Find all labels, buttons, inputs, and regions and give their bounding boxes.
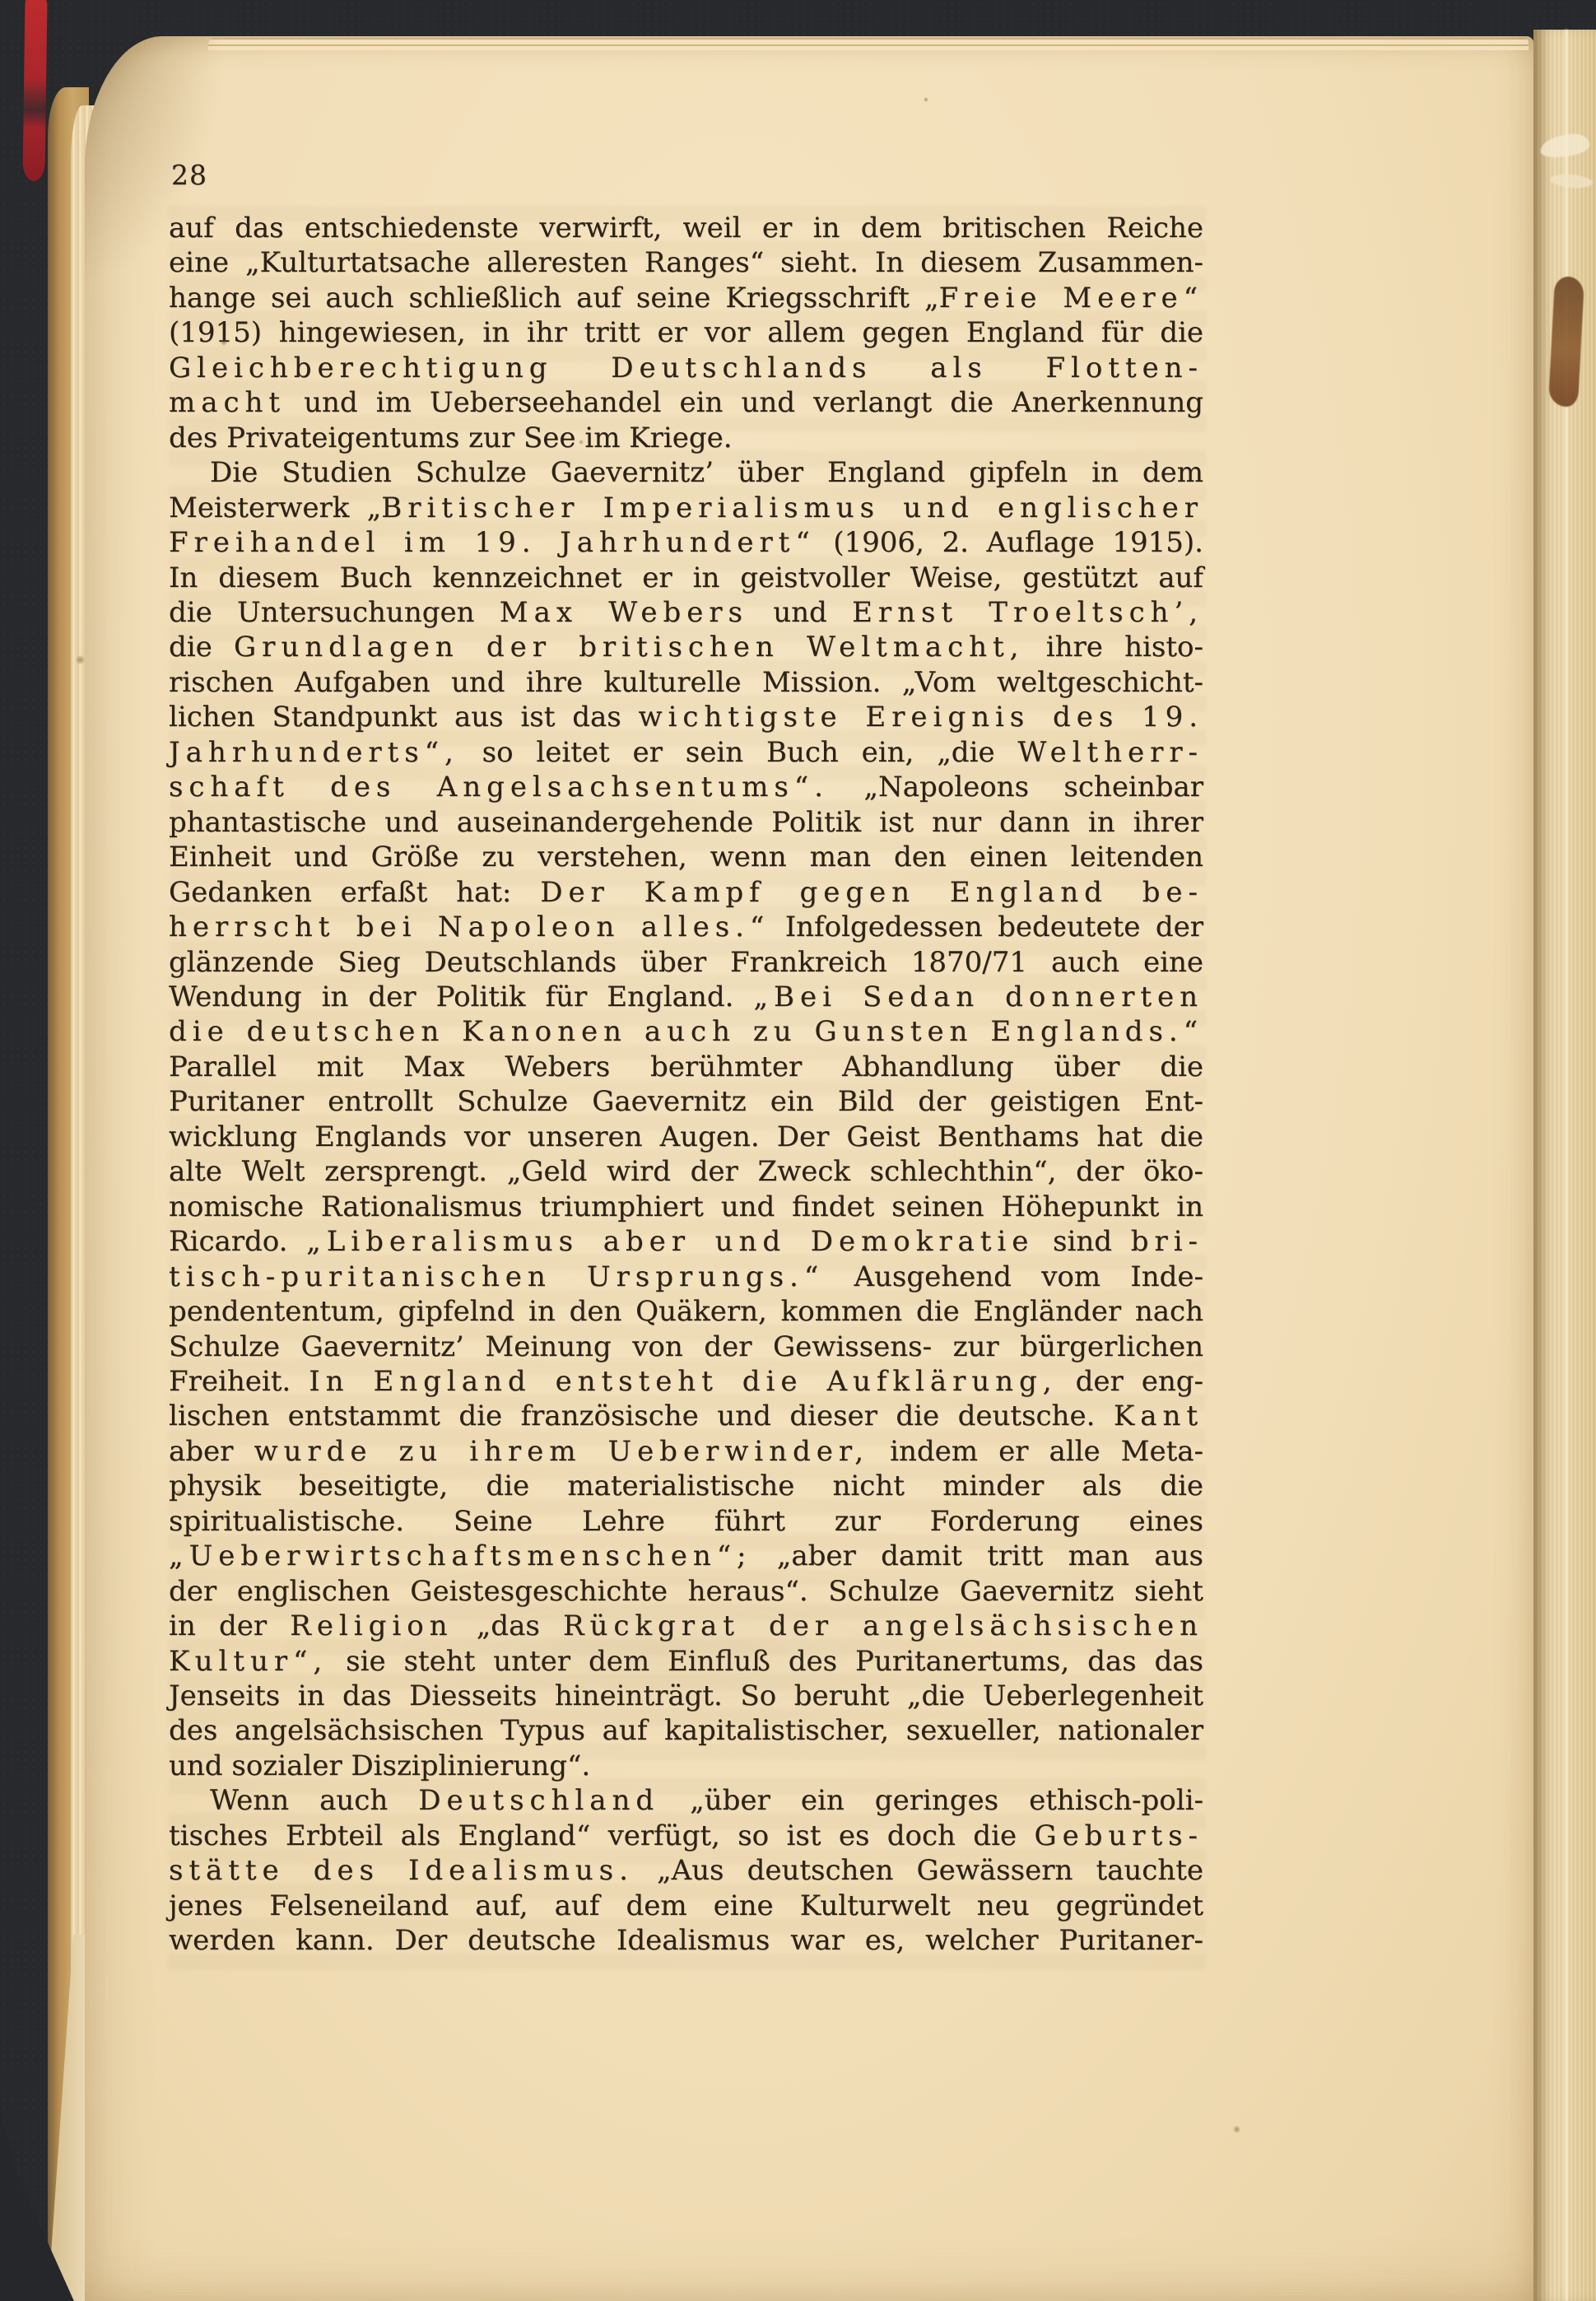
foxing-spot (579, 440, 584, 445)
body-text: die Untersuchungen (169, 596, 500, 629)
body-text: Meisterwerk „ (169, 491, 381, 524)
paper-tear (1538, 132, 1590, 160)
text-line: des angelsächsischen Typus auf kapitalis… (169, 1713, 1203, 1748)
letterspaced-text: wichtigste Ereignis des 19. (639, 701, 1204, 734)
text-line: Parallel mit Max Webers berühmter Abhand… (169, 1050, 1203, 1084)
page-top-edges (208, 38, 1529, 50)
body-text: und sozialer Disziplinierung“. (169, 1749, 590, 1782)
text-line: physik beseitigte, die materialistische … (169, 1469, 1203, 1503)
letterspaced-text: Weltherr- (1017, 736, 1203, 769)
body-text: pendententum, gipfelnd in den Quäkern, k… (169, 1295, 1203, 1328)
paper-tear (1549, 173, 1593, 189)
text-line: Kultur“, sie steht unter dem Einfluß des… (169, 1644, 1203, 1679)
body-text: „aber damit tritt man aus (751, 1539, 1203, 1572)
body-text: jenes Felseneiland auf, auf dem eine Kul… (169, 1889, 1203, 1922)
text-line: in der Religion „das Rückgrat der angels… (169, 1609, 1203, 1643)
letterspaced-text: Der Kampf gegen England be- (540, 876, 1203, 909)
text-line: auf das entschiedenste verwirft, weil er… (169, 211, 1203, 245)
body-text: „das (454, 1609, 563, 1642)
letterspaced-text: herrscht bei Napoleon alles.“ (169, 911, 770, 943)
body-text: Ausgehend vom Inde- (824, 1260, 1203, 1293)
text-line: glänzende Sieg Deutschlands über Frankre… (169, 945, 1203, 980)
letterspaced-text: Max Webers (500, 596, 748, 629)
body-text: hange sei auch schließlich auf seine Kri… (169, 282, 939, 314)
text-line: Freiheit. In England entsteht die Aufklä… (169, 1364, 1203, 1399)
body-text: sie steht unter dem Einfluß des Puritane… (328, 1645, 1203, 1678)
letterspaced-text: Deutschland (418, 1784, 659, 1817)
text-line: des Privateigentums zur See im Kriege. (169, 421, 1203, 455)
letterspaced-text: Rückgrat der angelsächsischen (563, 1609, 1203, 1642)
text-line: Schulze Gaevernitz’ Meinung von der Gewi… (169, 1330, 1203, 1364)
body-text: Parallel mit Max Webers berühmter Abhand… (169, 1050, 1203, 1083)
text-line: Wenn auch Deutschland „über ein geringes… (169, 1783, 1203, 1818)
text-line: die Grundlagen der britischen Weltmacht,… (169, 630, 1203, 664)
letterspaced-text: Freihandel im 19. Jahrhundert“ (169, 526, 816, 559)
body-text: und (748, 596, 852, 629)
page-text: auf das entschiedenste verwirft, weil er… (169, 211, 1203, 1959)
letterspaced-text: Grundlagen der britischen Weltmacht, (234, 631, 1024, 664)
letterspaced-text: Kant (1114, 1400, 1203, 1432)
letterspaced-text: „Bei Sedan donnerten (753, 980, 1203, 1013)
text-line: Meisterwerk „Britischer Imperialismus un… (169, 491, 1203, 525)
text-line: (1915) hingewiesen, in ihr tritt er vor … (169, 315, 1203, 350)
text-line: die Untersuchungen Max Webers und Ernst … (169, 595, 1203, 630)
body-text: Die Studien Schulze Gaevernitz’ über Eng… (210, 456, 1203, 489)
body-text: Jenseits in das Diesseits hineinträgt. S… (169, 1679, 1203, 1712)
foxing-spot (924, 97, 928, 102)
book-scan: 28 auf das entschiedenste verwirft, weil… (0, 0, 1596, 2301)
text-line: spiritualistische. Seine Lehre führt zur… (169, 1504, 1203, 1539)
text-line: alte Welt zersprengt. „Geld wird der Zwe… (169, 1154, 1203, 1189)
body-text: und im Ueberseehandel ein und verlangt d… (286, 386, 1203, 419)
body-text: indem er alle Meta- (869, 1435, 1203, 1468)
letterspaced-text: In England entsteht die Aufklärung, (309, 1365, 1057, 1398)
body-text: des angelsächsischen Typus auf kapitalis… (169, 1714, 1203, 1747)
body-text: spiritualistische. Seine Lehre führt zur… (169, 1505, 1203, 1538)
body-text: des Privateigentums zur See im Kriege. (169, 422, 733, 454)
body-text: Infolgedessen bedeutete der (770, 911, 1203, 943)
text-line: wicklung Englands vor unseren Augen. Der… (169, 1120, 1203, 1154)
text-line: hange sei auch schließlich auf seine Kri… (169, 281, 1203, 315)
text-line: „Ueberwirtschaftsmenschen“; „aber damit … (169, 1539, 1203, 1573)
letterspaced-text: Freie Meere“ (939, 282, 1203, 314)
letterspaced-text: tisch-puritanischen Ursprungs.“ (169, 1260, 824, 1293)
letterspaced-text: Gleichberechtigung Deutschlands als Flot… (169, 352, 1203, 384)
body-text: sind (1034, 1225, 1130, 1258)
body-text: Einheit und Größe zu verstehen, wenn man… (169, 841, 1203, 873)
brown-stain (1548, 276, 1584, 408)
red-pigment-mark (22, 0, 47, 181)
text-line: Jenseits in das Diesseits hineinträgt. S… (169, 1679, 1203, 1713)
foxing-spot (76, 655, 85, 664)
letterspaced-text: wurde zu ihrem Ueberwinder, (254, 1435, 869, 1468)
foxing-spot (1233, 2126, 1240, 2133)
page-number: 28 (171, 159, 207, 191)
body-text: phantastische und auseinandergehende Pol… (169, 806, 1203, 839)
text-line: stätte des Idealismus. „Aus deutschen Ge… (169, 1853, 1203, 1888)
body-text: nomische Rationalismus triumphiert und f… (169, 1190, 1203, 1223)
body-text: „Aus deutschen Gewässern tauchte (634, 1854, 1203, 1887)
body-text: der eng- (1058, 1365, 1203, 1398)
text-line: aber wurde zu ihrem Ueberwinder, indem e… (169, 1434, 1203, 1469)
foxing-spot (221, 339, 227, 346)
body-text: der englischen Geistesgeschichte heraus“… (169, 1575, 1203, 1608)
body-text: aber (169, 1435, 254, 1468)
text-line: pendententum, gipfelnd in den Quäkern, k… (169, 1294, 1203, 1329)
body-text: Wendung in der Politik für England. (169, 980, 753, 1013)
body-text: auf das entschiedenste verwirft, weil er… (169, 212, 1203, 245)
letterspaced-text: stätte des Idealismus. (169, 1854, 634, 1887)
text-line: Freihandel im 19. Jahrhundert“ (1906, 2.… (169, 525, 1203, 560)
body-text: lichen Standpunkt aus ist das (169, 701, 639, 734)
body-text: Freiheit. (169, 1365, 309, 1398)
text-line: und sozialer Disziplinierung“. (169, 1749, 1203, 1783)
body-text: In diesem Buch kennzeichnet er in geistv… (169, 561, 1203, 594)
text-line: herrscht bei Napoleon alles.“ Infolgedes… (169, 910, 1203, 944)
text-line: phantastische und auseinandergehende Pol… (169, 805, 1203, 840)
body-text: eine „Kulturtatsache alleresten Ranges“ … (169, 246, 1203, 279)
body-text: Puritaner entrollt Schulze Gaevernitz ei… (169, 1085, 1203, 1118)
letterspaced-text: schaft des Angelsachsentums“. (169, 771, 829, 803)
letterspaced-text: Britischer Imperialismus und englischer (381, 491, 1203, 524)
body-text: die (169, 631, 234, 664)
body-text: physik beseitigte, die materialistische … (169, 1470, 1203, 1502)
body-text: so leitet er sein Buch ein, „die (459, 736, 1018, 769)
body-text: werden kann. Der deutsche Idealismus war… (169, 1924, 1203, 1957)
text-line: Die Studien Schulze Gaevernitz’ über Eng… (169, 455, 1203, 490)
text-line: lischen entstammt die französische und d… (169, 1399, 1203, 1433)
body-text: rischen Aufgaben und ihre kulturelle Mis… (169, 666, 1203, 699)
body-text: „Napoleons scheinbar (829, 771, 1203, 803)
text-line: schaft des Angelsachsentums“. „Napoleons… (169, 770, 1203, 804)
body-text: Ricardo. (169, 1225, 306, 1258)
body-text: Wenn auch (210, 1784, 418, 1817)
text-line: eine „Kulturtatsache alleresten Ranges“ … (169, 245, 1203, 280)
text-line: nomische Rationalismus triumphiert und f… (169, 1190, 1203, 1224)
text-line: tisch-puritanischen Ursprungs.“ Ausgehen… (169, 1260, 1203, 1294)
letterspaced-text: die deutschen Kanonen auch zu Gunsten En… (169, 1015, 1203, 1048)
text-line: der englischen Geistesgeschichte heraus“… (169, 1574, 1203, 1609)
text-line: Puritaner entrollt Schulze Gaevernitz ei… (169, 1084, 1203, 1119)
text-line: werden kann. Der deutsche Idealismus war… (169, 1923, 1203, 1958)
body-text: Gedanken erfaßt hat: (169, 876, 540, 909)
text-line: Wendung in der Politik für England. „Bei… (169, 980, 1203, 1014)
fore-edge-pages-right (1533, 30, 1596, 2301)
text-line: jenes Felseneiland auf, auf dem eine Kul… (169, 1889, 1203, 1923)
letterspaced-text: Kultur“, (169, 1645, 328, 1678)
text-line: In diesem Buch kennzeichnet er in geistv… (169, 561, 1203, 595)
text-line: Gedanken erfaßt hat: Der Kampf gegen Eng… (169, 875, 1203, 910)
text-line: Gleichberechtigung Deutschlands als Flot… (169, 351, 1203, 385)
text-line: macht und im Ueberseehandel ein und verl… (169, 385, 1203, 420)
text-line: lichen Standpunkt aus ist das wichtigste… (169, 700, 1203, 734)
letterspaced-text: Geburts- (1034, 1819, 1203, 1852)
body-text: tisches Erbteil als England“ verfügt, so… (169, 1819, 1034, 1852)
text-line: tisches Erbteil als England“ verfügt, so… (169, 1819, 1203, 1853)
letterspaced-text: Religion (290, 1609, 453, 1642)
body-text: glänzende Sieg Deutschlands über Frankre… (169, 946, 1203, 979)
text-line: Einheit und Größe zu verstehen, wenn man… (169, 840, 1203, 874)
body-text: (1915) hingewiesen, in ihr tritt er vor … (169, 316, 1203, 349)
body-text: ihre histo- (1024, 631, 1203, 664)
text-line: Ricardo. „Liberalismus aber und Demokrat… (169, 1224, 1203, 1259)
letterspaced-text: macht (169, 386, 286, 419)
body-text: wicklung Englands vor unseren Augen. Der… (169, 1120, 1203, 1153)
body-text: lischen entstammt die französische und d… (169, 1400, 1114, 1432)
letterspaced-text: Ernst Troeltsch’, (852, 596, 1203, 629)
body-text: alte Welt zersprengt. „Geld wird der Zwe… (169, 1155, 1203, 1188)
text-line: Jahrhunderts“, so leitet er sein Buch ei… (169, 735, 1203, 770)
letterspaced-text: „Liberalismus aber und Demokratie (306, 1225, 1034, 1258)
letterspaced-text: bri- (1131, 1225, 1203, 1258)
body-text: (1906, 2. Auflage 1915). (816, 526, 1203, 559)
body-text: Schulze Gaevernitz’ Meinung von der Gewi… (169, 1330, 1203, 1363)
letterspaced-text: „Ueberwirtschaftsmenschen“; (169, 1539, 751, 1572)
text-line: rischen Aufgaben und ihre kulturelle Mis… (169, 665, 1203, 700)
body-text: „über ein geringes ethisch-poli- (659, 1784, 1203, 1817)
body-text: in der (169, 1609, 290, 1642)
text-line: die deutschen Kanonen auch zu Gunsten En… (169, 1014, 1203, 1049)
letterspaced-text: Jahrhunderts“, (169, 736, 459, 769)
foxing-spot (176, 1490, 183, 1497)
